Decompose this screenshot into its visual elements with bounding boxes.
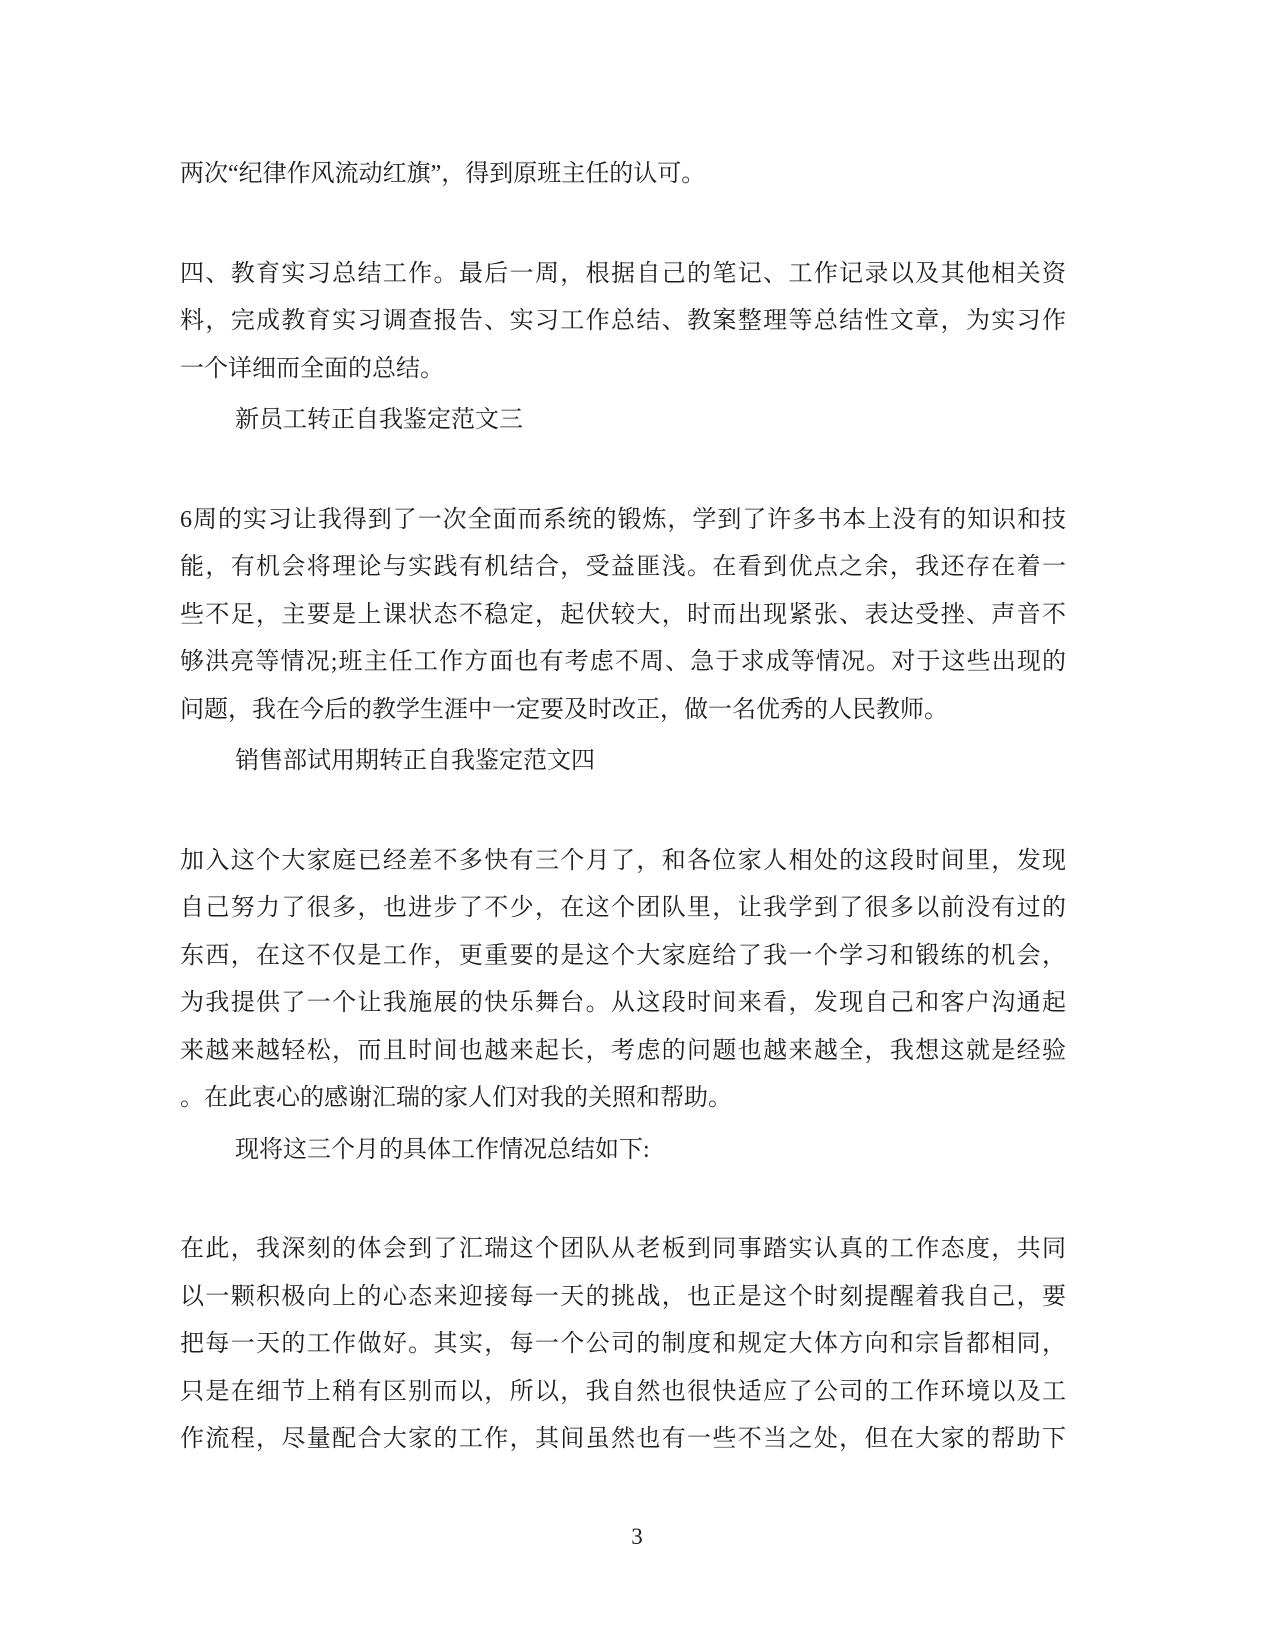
heading-text: 现将这三个月的具体工作情况总结如下: (180, 1127, 1066, 1175)
para-team-work-attitude: 在此，我深刻的体会到了汇瑞这个团队从老板到同事踏实认真的工作态度，共同 以一颗积… (180, 1226, 1066, 1464)
text-line: 够洪亮等情况;班主任工作方面也有考虑不周、急于求成等情况。对于这些出现的 (180, 639, 1066, 687)
text-line: 作流程，尽量配合大家的工作，其间虽然也有一些不当之处，但在大家的帮助下 (180, 1416, 1066, 1464)
text-line: 东西，在这不仅是工作，更重要的是这个大家庭给了我一个学习和锻练的机会， (180, 933, 1066, 981)
para-red-flag-recognition: 两次“纪律作风流动红旗”，得到原班主任的认可。 (180, 151, 1066, 199)
blank-line-spacer (180, 445, 1066, 497)
text-line: 两次“纪律作风流动红旗”，得到原班主任的认可。 (180, 151, 1066, 199)
text-line: 一个详细而全面的总结。 (180, 346, 1066, 394)
blank-line-spacer (180, 199, 1066, 251)
text-line: 。在此衷心的感谢汇瑞的家人们对我的关照和帮助。 (180, 1075, 1066, 1123)
text-line: 在此，我深刻的体会到了汇瑞这个团队从老板到同事踏实认真的工作态度，共同 (180, 1226, 1066, 1274)
text-line: 料，完成教育实习调查报告、实习工作总结、教案整理等总结性文章，为实习作 (180, 298, 1066, 346)
blank-line-spacer (180, 1174, 1066, 1226)
text-line: 把每一天的工作做好。其实，每一个公司的制度和规定大体方向和宗旨都相同， (180, 1321, 1066, 1369)
text-line: 问题，我在今后的教学生涯中一定要及时改正，做一名优秀的人民教师。 (180, 687, 1066, 735)
page-number: 3 (0, 1524, 1274, 1550)
heading-sample-three: 新员工转正自我鉴定范文三 (180, 397, 1066, 445)
heading-text: 新员工转正自我鉴定范文三 (180, 397, 1066, 445)
para-internship-summary-work: 四、教育实习总结工作。最后一周，根据自己的笔记、工作记录以及其他相关资 料，完成… (180, 251, 1066, 394)
document-body: 两次“纪律作风流动红旗”，得到原班主任的认可。 四、教育实习总结工作。最后一周，… (180, 151, 1066, 1464)
text-line: 些不足，主要是上课状态不稳定，起伏较大，时而出现紧张、表达受挫、声音不 (180, 592, 1066, 640)
text-line: 只是在细节上稍有区别而以，所以，我自然也很快适应了公司的工作环境以及工 (180, 1369, 1066, 1417)
text-line: 四、教育实习总结工作。最后一周，根据自己的笔记、工作记录以及其他相关资 (180, 251, 1066, 299)
document-page: 两次“纪律作风流动红旗”，得到原班主任的认可。 四、教育实习总结工作。最后一周，… (0, 0, 1274, 1651)
para-six-week-internship: 6周的实习让我得到了一次全面而系统的锻炼，学到了许多书本上没有的知识和技 能，有… (180, 497, 1066, 735)
text-line: 为我提供了一个让我施展的快乐舞台。从这段时间来看，发现自己和客户沟通起 (180, 980, 1066, 1028)
text-line: 能，有机会将理论与实践有机结合，受益匪浅。在看到优点之余，我还存在着一 (180, 544, 1066, 592)
text-line: 加入这个大家庭已经差不多快有三个月了，和各位家人相处的这段时间里，发现 (180, 838, 1066, 886)
text-line: 以一颗积极向上的心态来迎接每一天的挑战，也正是这个时刻提醒着我自己，要 (180, 1274, 1066, 1322)
heading-text: 销售部试用期转正自我鉴定范文四 (180, 738, 1066, 786)
heading-sample-four: 销售部试用期转正自我鉴定范文四 (180, 738, 1066, 786)
blank-line-spacer (180, 786, 1066, 838)
para-joining-big-family: 加入这个大家庭已经差不多快有三个月了，和各位家人相处的这段时间里，发现 自己努力… (180, 838, 1066, 1123)
text-line: 自己努力了很多，也进步了不少，在这个团队里，让我学到了很多以前没有过的 (180, 885, 1066, 933)
text-line: 来越来越轻松，而且时间也越来起长，考虑的问题也越来越全，我想这就是经验 (180, 1028, 1066, 1076)
heading-three-month-summary: 现将这三个月的具体工作情况总结如下: (180, 1127, 1066, 1175)
text-line: 6周的实习让我得到了一次全面而系统的锻炼，学到了许多书本上没有的知识和技 (180, 497, 1066, 545)
